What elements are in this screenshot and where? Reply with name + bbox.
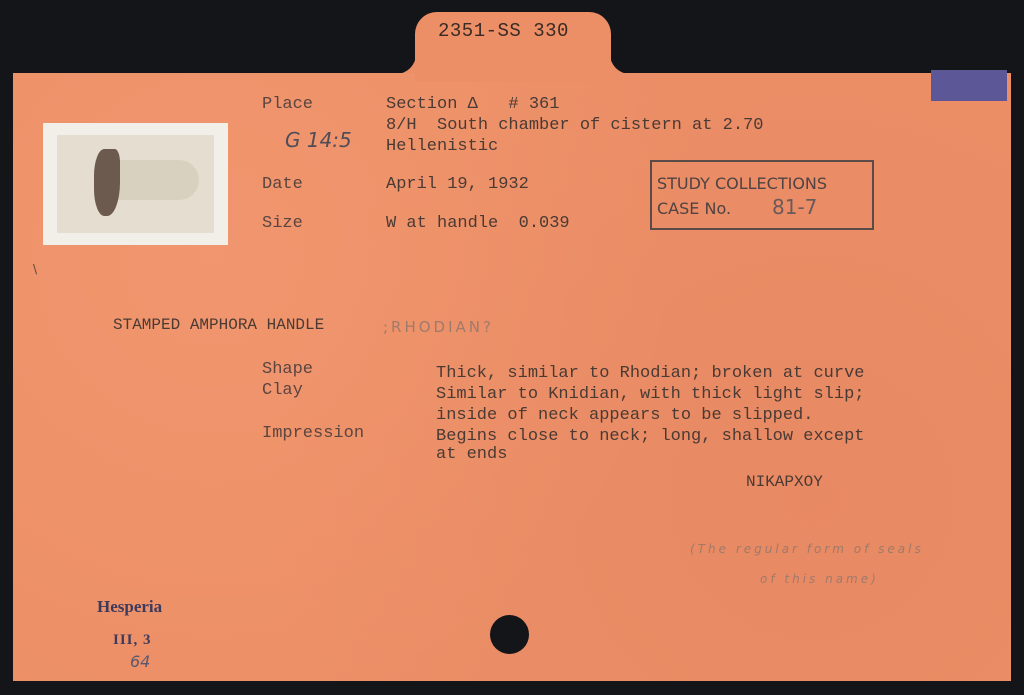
pencil-note-line2: of this name) (760, 572, 879, 586)
place-period: Hellenistic (386, 136, 498, 157)
rhodian-note: ;RHODIAN? (383, 318, 494, 336)
pencil-note-line1: (The regular form of seals (690, 542, 924, 556)
catalog-number: 2351-SS 330 (438, 20, 569, 42)
shape-label: Shape (262, 359, 313, 380)
place-section: Section Δ # 361 (386, 94, 559, 115)
publication-journal: Hesperia (97, 597, 162, 617)
amphora-handle-image (109, 160, 199, 200)
handle-break-image (94, 149, 120, 216)
date-value: April 19, 1932 (386, 174, 529, 195)
grid-reference-note: G 14:5 (285, 128, 352, 152)
place-location: 8/H South chamber of cistern at 2.70 (386, 115, 763, 136)
date-label: Date (262, 174, 303, 195)
shape-value: Thick, similar to Rhodian; broken at cur… (436, 363, 864, 384)
stamp-heading: STUDY COLLECTIONS (657, 174, 827, 193)
punch-hole (490, 615, 529, 654)
tab-shoulder-right (610, 52, 630, 74)
clay-value-line1: Similar to Knidian, with thick light sli… (436, 384, 864, 405)
impression-label: Impression (262, 423, 364, 444)
artifact-photo (43, 123, 228, 245)
stamp-case-value: 81-7 (772, 195, 817, 219)
stamp-inscription: NIKAPXOY (746, 472, 823, 493)
size-label: Size (262, 213, 303, 234)
place-label: Place (262, 94, 313, 115)
clay-label: Clay (262, 380, 303, 401)
size-value: W at handle 0.039 (386, 213, 570, 234)
publication-page: 64 (130, 652, 150, 671)
tab-shoulder-left (396, 52, 416, 74)
publication-volume: III, 3 (113, 632, 152, 649)
photo-background (57, 135, 214, 233)
blue-marker-tab (931, 70, 1007, 101)
clay-value-line2: inside of neck appears to be slipped. (436, 405, 813, 426)
impression-value-line2: at ends (436, 444, 507, 465)
study-collections-stamp: STUDY COLLECTIONS CASE No. 81-7 (650, 160, 874, 230)
check-mark: \ (33, 262, 37, 276)
stamp-case-label: CASE No. (657, 199, 731, 218)
object-title: STAMPED AMPHORA HANDLE (113, 315, 324, 336)
